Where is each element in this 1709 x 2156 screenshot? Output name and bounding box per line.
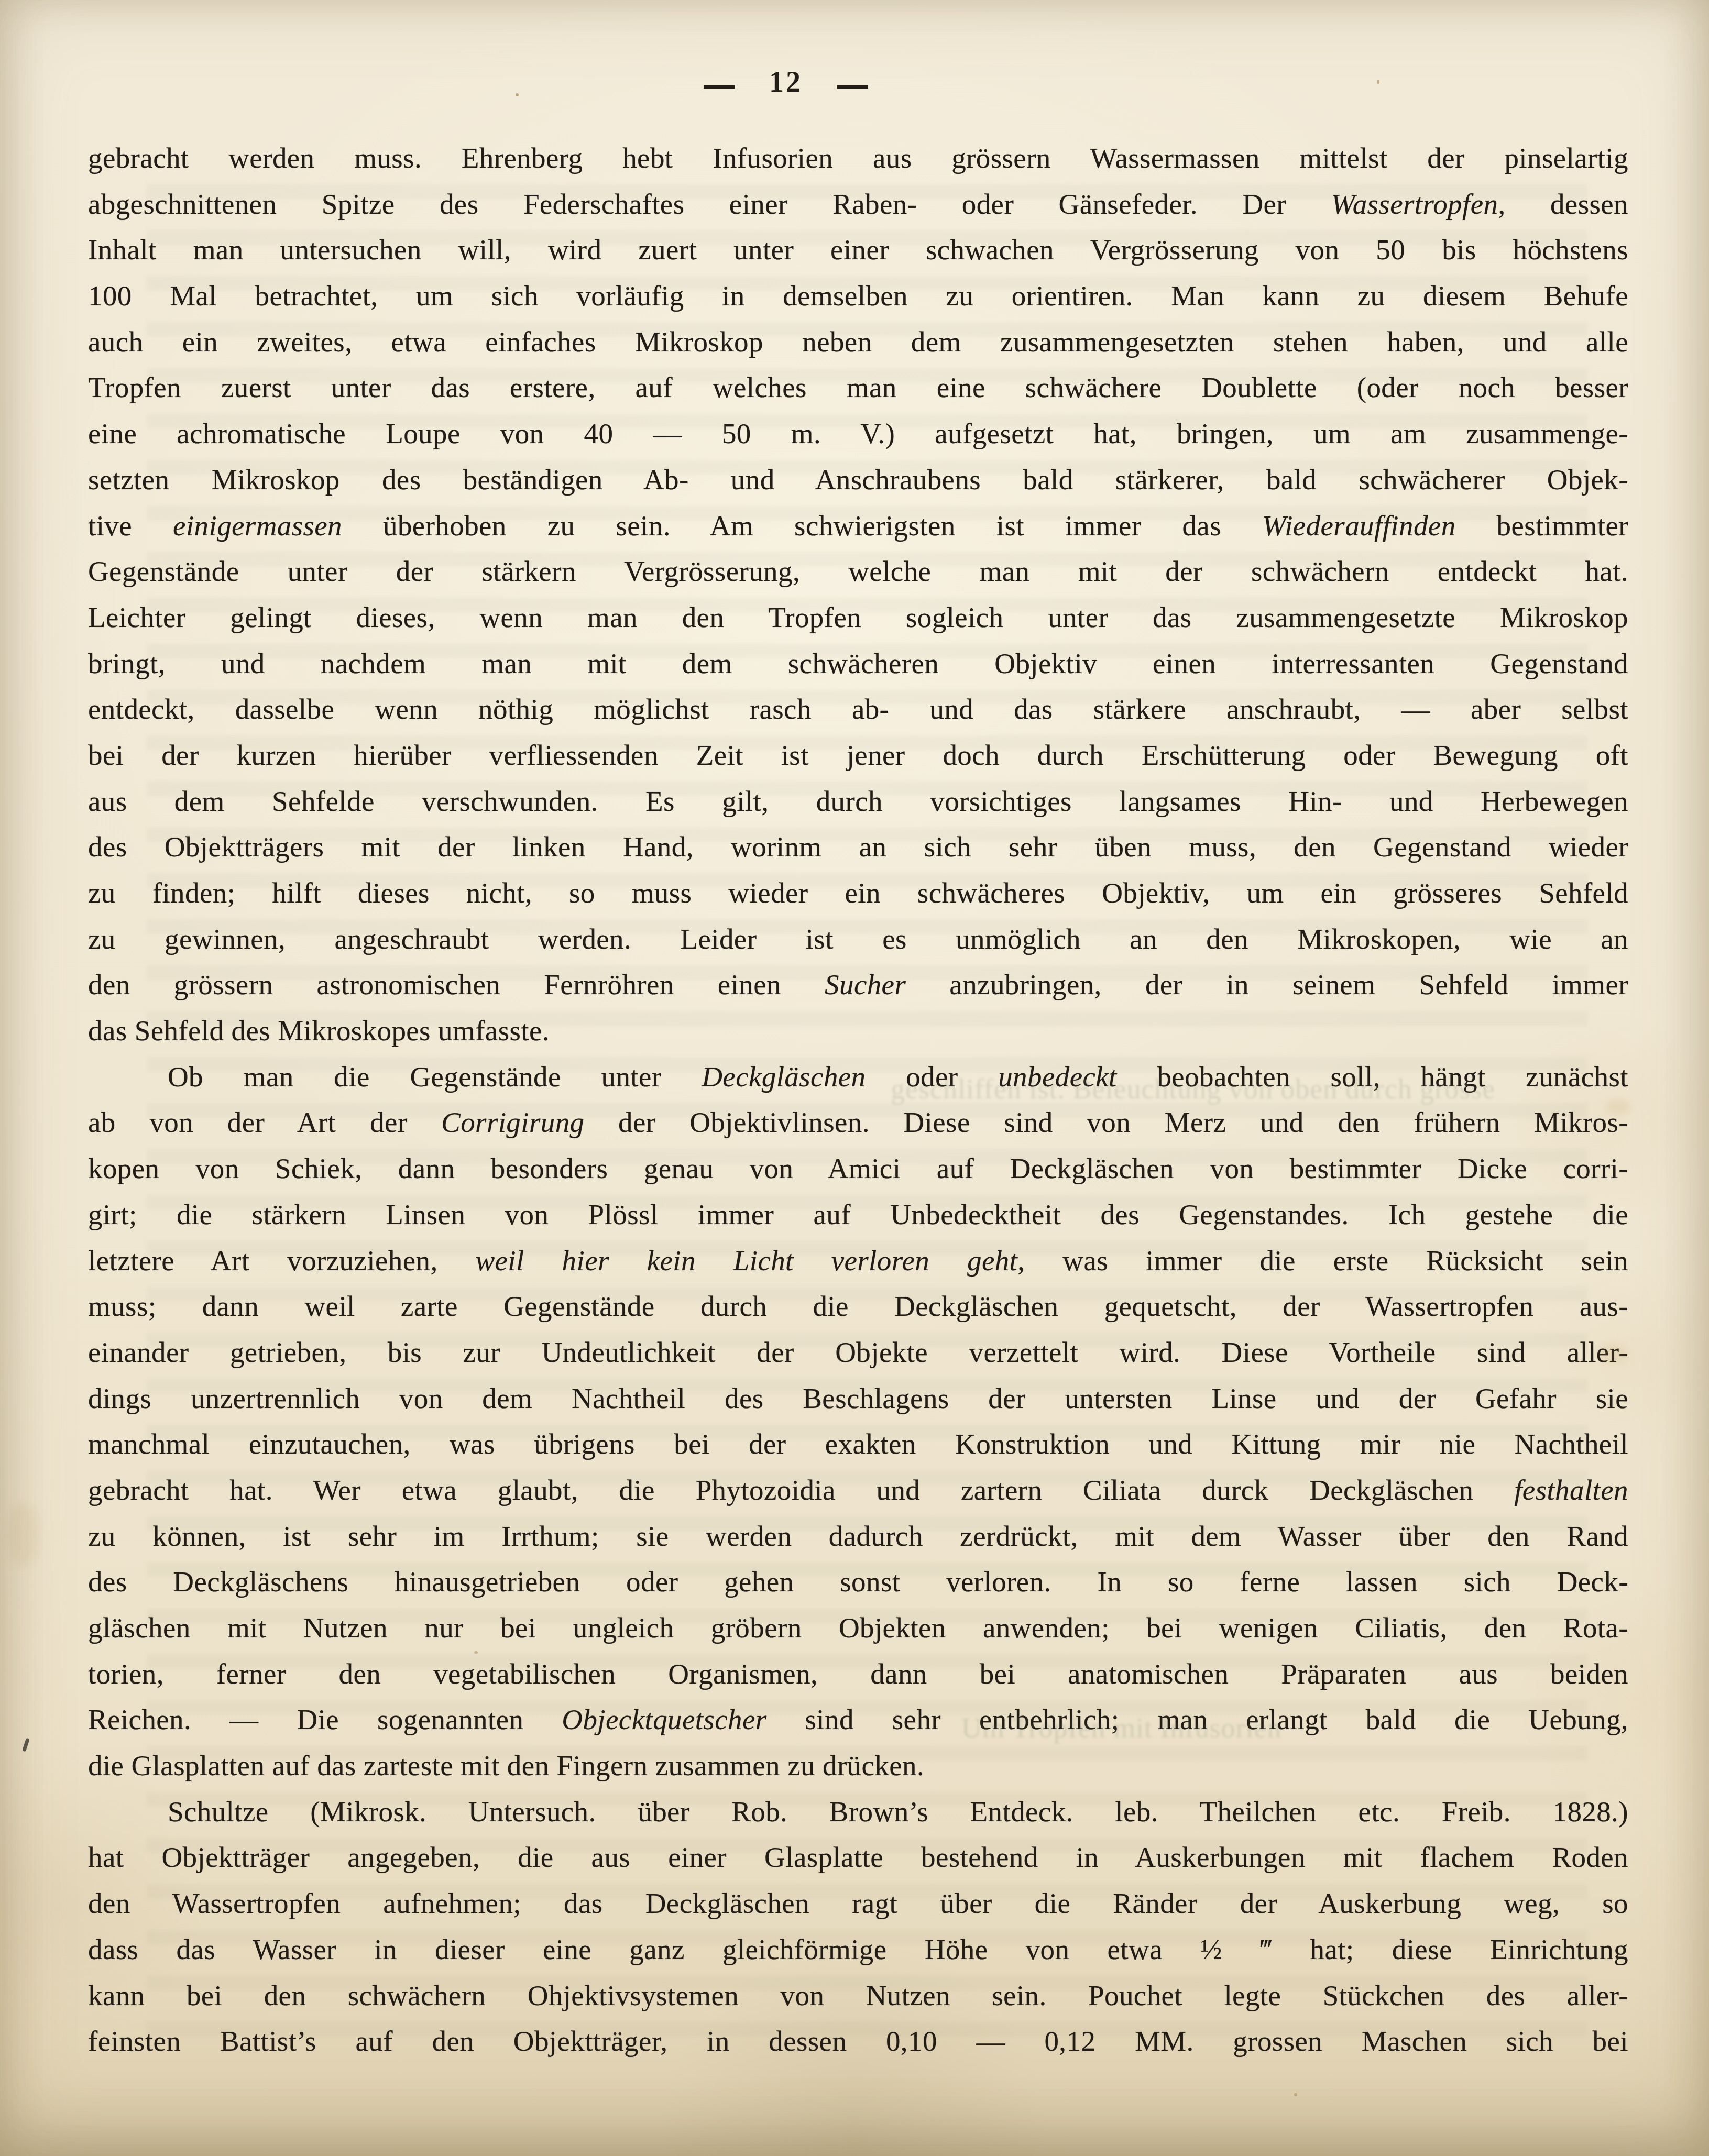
margin-ink-mark — [22, 1738, 30, 1752]
text-line: des Objektträgers mit der linken Hand, w… — [88, 824, 1628, 870]
text-line: das Sehfeld des Mikroskopes umfasste. — [88, 1008, 1628, 1054]
text-line: entdeckt, dasselbe wenn nöthig möglichst… — [88, 686, 1628, 732]
header-rule-right: — — [837, 60, 868, 105]
text-line: muss; dann weil zarte Gegenstände durch … — [88, 1283, 1628, 1329]
text-line: Schultze (Mikrosk. Untersuch. über Rob. … — [88, 1789, 1628, 1835]
text-line: Gegenstände unter der stärkern Vergrösse… — [88, 548, 1628, 595]
text-line: dass das Wasser in dieser eine ganz glei… — [88, 1927, 1628, 1973]
paper-stain — [7, 1503, 39, 1566]
text-line: zu finden; hilft dieses nicht, so muss w… — [88, 870, 1628, 916]
text-line: gebracht werden muss. Ehrenberg hebt Inf… — [88, 135, 1628, 181]
text-line: bringt, und nachdem man mit dem schwäche… — [88, 641, 1628, 687]
text-line: gläschen mit Nutzen nur bei ungleich grö… — [88, 1605, 1628, 1651]
bleed-through-text-1: geschliffen ist. Beleuchtung von oben du… — [891, 1073, 1495, 1105]
text-line: torien, ferner den vegetabilischen Organ… — [88, 1651, 1628, 1697]
text-line: auch ein zweites, etwa einfaches Mikrosk… — [88, 319, 1628, 365]
text-line: bei der kurzen hierüber verfliessenden Z… — [88, 732, 1628, 778]
text-line: Tropfen zuerst unter das erstere, auf we… — [88, 365, 1628, 411]
text-line: des Deckgläschens hinausgetrieben oder g… — [88, 1559, 1628, 1605]
text-line: 100 Mal betrachtet, um sich vorläufig in… — [88, 273, 1628, 319]
text-line: aus dem Sehfelde verschwunden. Es gilt, … — [88, 778, 1628, 824]
text-line: die Glasplatten auf das zarteste mit den… — [88, 1743, 1628, 1789]
text-line: den grössern astronomischen Fernröhren e… — [88, 962, 1628, 1008]
text-line: gebracht hat. Wer etwa glaubt, die Phyto… — [88, 1467, 1628, 1513]
text-line: einander getrieben, bis zur Undeutlichke… — [88, 1329, 1628, 1376]
text-line: dings unzertrennlich von dem Nachtheil d… — [88, 1376, 1628, 1422]
text-line: girt; die stärkern Linsen von Plössl imm… — [88, 1192, 1628, 1238]
text-line: kann bei den schwächern Ohjektivsystemen… — [88, 1973, 1628, 2019]
text-line: manchmal einzutauchen, was übrigens bei … — [88, 1421, 1628, 1467]
text-line: ab von der Art der Corrigirung der Objek… — [88, 1099, 1628, 1146]
text-line: kopen von Schiek, dann besonders genau v… — [88, 1146, 1628, 1192]
page-number: 12 — [769, 68, 803, 97]
book-page: — 12 — gebracht werden muss. Ehrenberg h… — [0, 0, 1709, 2156]
text-line: zu gewinnen, angeschraubt werden. Leider… — [88, 916, 1628, 962]
paper-speck — [1294, 2093, 1297, 2096]
text-line: Inhalt man untersuchen will, wird zuert … — [88, 227, 1628, 273]
text-line: setzten Mikroskop des beständigen Ab- un… — [88, 457, 1628, 503]
text-line: hat Objektträger angegeben, die aus eine… — [88, 1834, 1628, 1880]
page-header: — 12 — — [0, 67, 1572, 97]
bleed-through-text-2: Um Tropfen mit Infusorien — [961, 1712, 1282, 1744]
header-rule-left: — — [704, 60, 735, 105]
text-line: letztere Art vorzuziehen, weil hier kein… — [88, 1238, 1628, 1284]
text-line: Reichen. — Die sogenannten Objecktquetsc… — [88, 1697, 1628, 1743]
text-line: zu können, ist sehr im Irrthum; sie werd… — [88, 1513, 1628, 1559]
text-line: abgeschnittenen Spitze des Federschaftes… — [88, 181, 1628, 227]
text-line: tive einigermassen überhoben zu sein. Am… — [88, 503, 1628, 549]
text-line: feinsten Battist’s auf den Objektträger,… — [88, 2018, 1628, 2064]
text-line: eine achromatische Loupe von 40 — 50 m. … — [88, 411, 1628, 457]
text-line: Leichter gelingt dieses, wenn man den Tr… — [88, 595, 1628, 641]
text-line: den Wassertropfen aufnehmen; das Deckglä… — [88, 1880, 1628, 1927]
